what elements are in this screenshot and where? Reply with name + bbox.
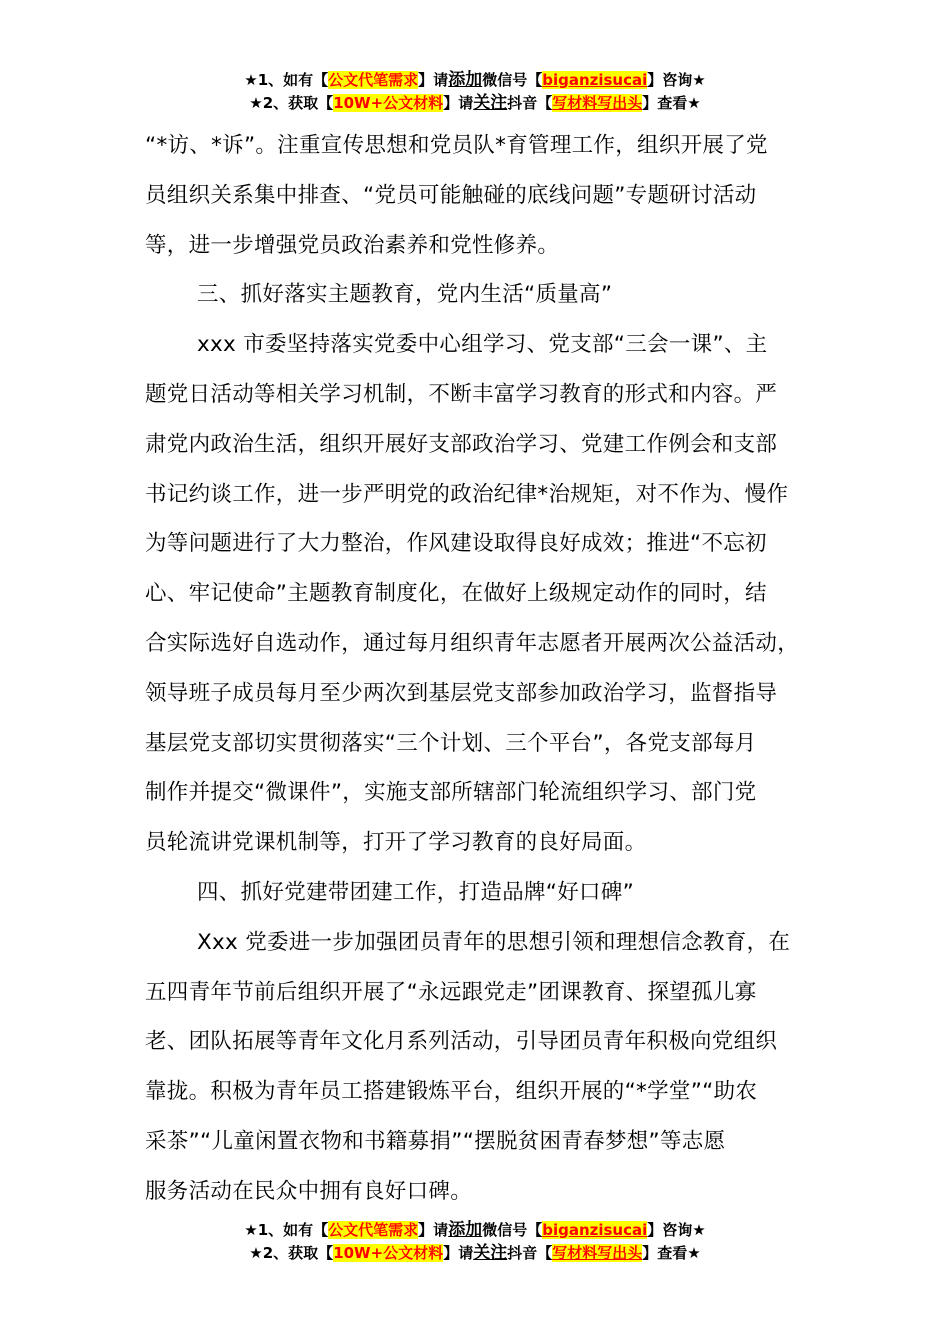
promo-text: 抖音【 — [507, 1244, 552, 1262]
body-line: 员轮流讲党课机制等，打开了学习教育的良好局面。 — [145, 821, 813, 871]
body-line: 等，进一步增强党员政治素养和党性修养。 — [145, 224, 813, 274]
promo-text: 2、获取【 — [263, 1244, 333, 1262]
star-icon: ★ — [692, 71, 705, 89]
body-line: 采茶”“儿童闲置衣物和书籍募捐”“摆脱贫困青春梦想”等志愿 — [145, 1120, 813, 1170]
wechat-id: biganzisucai — [542, 1221, 647, 1239]
douyin-account: 写材料写出头 — [552, 94, 642, 112]
body-line: 题党日活动等相关学习机制，不断丰富学习教育的形式和内容。严 — [145, 373, 813, 423]
promo-line-1: ★1、如有【公文代笔需求】请添加微信号【biganzisucai】咨询★ — [0, 1219, 950, 1242]
promo-text: 2、获取【 — [263, 94, 333, 112]
emphasis-add: 添加 — [448, 70, 482, 90]
promo-text: 】查看 — [642, 94, 687, 112]
body-line: 心、牢记使命”主题教育制度化，在做好上级规定动作的同时，结 — [145, 572, 813, 622]
emphasis-follow: 关注 — [473, 1243, 507, 1263]
body-line: 五四青年节前后组织开展了“永远跟党走”团课教育、探望孤儿寡 — [145, 971, 813, 1021]
section-heading-4: 四、抓好党建带团建工作，打造品牌“好口碑” — [145, 871, 813, 921]
promo-text: 】请 — [443, 94, 473, 112]
promo-text: 】请 — [418, 71, 448, 89]
emphasis-follow: 关注 — [473, 93, 507, 113]
promo-text: 微信号【 — [482, 1221, 542, 1239]
paragraph-start: Xxx 党委进一步加强团员青年的思想引领和理想信念教育，在 — [145, 921, 813, 971]
promo-text: 1、如有【 — [258, 1221, 328, 1239]
highlight-service: 公文代笔需求 — [328, 71, 418, 89]
promo-text: 】请 — [418, 1221, 448, 1239]
footer-promo-banner: ★1、如有【公文代笔需求】请添加微信号【biganzisucai】咨询★ ★2、… — [0, 1219, 950, 1265]
body-line: 老、团队拓展等青年文化月系列活动，引导团员青年积极向党组织 — [145, 1020, 813, 1070]
promo-text: 】请 — [443, 1244, 473, 1262]
promo-line-1: ★1、如有【公文代笔需求】请添加微信号【biganzisucai】咨询★ — [0, 69, 950, 92]
highlight-materials: 10W+公文材料 — [333, 94, 443, 112]
section-heading-3: 三、抓好落实主题教育，党内生活“质量高” — [145, 273, 813, 323]
highlight-service: 公文代笔需求 — [328, 1221, 418, 1239]
star-icon: ★ — [249, 1244, 262, 1262]
douyin-account: 写材料写出头 — [552, 1244, 642, 1262]
star-icon: ★ — [244, 71, 257, 89]
promo-line-2: ★2、获取【10W+公文材料】请关注抖音【写材料写出头】查看★ — [0, 92, 950, 115]
body-line: 基层党支部切实贯彻落实“三个计划、三个平台”，各党支部每月 — [145, 722, 813, 772]
body-line: 为等问题进行了大力整治，作风建设取得良好成效；推进“不忘初 — [145, 522, 813, 572]
promo-text: 1、如有【 — [258, 71, 328, 89]
promo-text: 抖音【 — [507, 94, 552, 112]
body-line: 服务活动在民众中拥有良好口碑。 — [145, 1170, 813, 1220]
document-body: “*访、*诉”。注重宣传思想和党员队*育管理工作，组织开展了党 员组织关系集中排… — [145, 124, 813, 1220]
promo-text: 】咨询 — [647, 71, 692, 89]
star-icon: ★ — [244, 1221, 257, 1239]
body-line: 制作并提交“微课件”，实施支部所辖部门轮流组织学习、部门党 — [145, 771, 813, 821]
promo-text: 】咨询 — [647, 1221, 692, 1239]
body-line: 书记约谈工作，进一步严明党的政治纪律*治规矩，对不作为、慢作 — [145, 473, 813, 523]
star-icon: ★ — [249, 94, 262, 112]
wechat-id: biganzisucai — [542, 71, 647, 89]
highlight-materials: 10W+公文材料 — [333, 1244, 443, 1262]
paragraph-start: xxx 市委坚持落实党委中心组学习、党支部“三会一课”、主 — [145, 323, 813, 373]
promo-line-2: ★2、获取【10W+公文材料】请关注抖音【写材料写出头】查看★ — [0, 1242, 950, 1265]
emphasis-add: 添加 — [448, 1220, 482, 1240]
star-icon: ★ — [687, 1244, 700, 1262]
star-icon: ★ — [687, 94, 700, 112]
body-line: 领导班子成员每月至少两次到基层党支部参加政治学习，监督指导 — [145, 672, 813, 722]
body-line: 肃党内政治生活，组织开展好支部政治学习、党建工作例会和支部 — [145, 423, 813, 473]
promo-text: 微信号【 — [482, 71, 542, 89]
body-line: 员组织关系集中排查、“党员可能触碰的底线问题”专题研讨活动 — [145, 174, 813, 224]
body-line: “*访、*诉”。注重宣传思想和党员队*育管理工作，组织开展了党 — [145, 124, 813, 174]
body-line: 合实际选好自选动作，通过每月组织青年志愿者开展两次公益活动， — [145, 622, 813, 672]
header-promo-banner: ★1、如有【公文代笔需求】请添加微信号【biganzisucai】咨询★ ★2、… — [0, 69, 950, 115]
body-line: 靠拢。积极为青年员工搭建锻炼平台，组织开展的“*学堂”“助农 — [145, 1070, 813, 1120]
star-icon: ★ — [692, 1221, 705, 1239]
promo-text: 】查看 — [642, 1244, 687, 1262]
